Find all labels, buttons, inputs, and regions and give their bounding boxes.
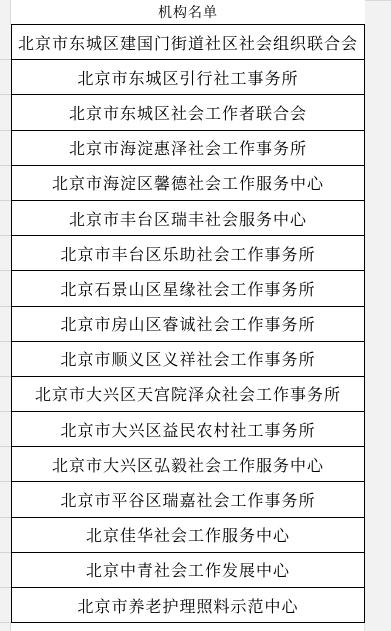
left-gutter — [0, 518, 11, 553]
org-name-text: 北京市海淀惠泽社会工作事务所 — [69, 136, 307, 159]
left-gutter — [0, 25, 11, 60]
table-row: 北京石景山区星缘社会工作事务所 — [0, 271, 391, 306]
right-gutter — [365, 377, 391, 412]
table-cell[interactable]: 北京市平谷区瑞嘉社会工作事务所 — [11, 482, 365, 517]
right-gutter — [365, 25, 391, 60]
table-body: 北京市东城区建国门街道社区社会组织联合会 北京市东城区引行社工事务所 北京市东城… — [0, 25, 391, 623]
table-cell[interactable]: 北京市大兴区弘毅社会工作服务中心 — [11, 447, 365, 482]
left-gutter — [0, 623, 11, 631]
org-name-text: 北京市养老护理照料示范中心 — [77, 594, 298, 617]
table-row: 北京市养老护理照料示范中心 — [0, 588, 391, 623]
org-name-text: 北京中青社会工作发展中心 — [86, 558, 290, 581]
table-title: 机构名单 — [158, 2, 218, 22]
org-name-text: 北京市丰台区乐助社会工作事务所 — [60, 242, 315, 265]
table-cell[interactable]: 北京市大兴区益民农村社工事务所 — [11, 412, 365, 447]
org-name-text: 北京市大兴区益民农村社工事务所 — [60, 418, 315, 441]
table-row: 北京市大兴区弘毅社会工作服务中心 — [0, 447, 391, 482]
left-gutter — [0, 482, 11, 517]
right-gutter — [365, 482, 391, 517]
empty-row[interactable] — [0, 623, 391, 631]
right-gutter — [365, 271, 391, 306]
right-gutter — [365, 518, 391, 553]
table-cell[interactable]: 北京市顺义区义祥社会工作事务所 — [11, 342, 365, 377]
org-name-text: 北京市房山区睿诚社会工作事务所 — [60, 312, 315, 335]
table-cell[interactable]: 北京市房山区睿诚社会工作事务所 — [11, 307, 365, 342]
table-cell[interactable]: 北京石景山区星缘社会工作事务所 — [11, 271, 365, 306]
table-cell[interactable]: 北京市东城区社会工作者联合会 — [11, 95, 365, 130]
table-header-row: 机构名单 — [0, 0, 391, 25]
right-gutter — [365, 0, 391, 25]
right-gutter — [365, 131, 391, 166]
table-row: 北京市东城区引行社工事务所 — [0, 60, 391, 95]
right-gutter — [365, 60, 391, 95]
table-cell[interactable]: 北京市海淀惠泽社会工作事务所 — [11, 131, 365, 166]
left-gutter — [0, 447, 11, 482]
right-gutter — [365, 623, 391, 631]
table-cell[interactable]: 北京市丰台区瑞丰社会服务中心 — [11, 201, 365, 236]
left-gutter — [0, 553, 11, 588]
left-gutter — [0, 131, 11, 166]
table-row: 北京市东城区社会工作者联合会 — [0, 95, 391, 130]
left-gutter — [0, 412, 11, 447]
table-header-cell[interactable]: 机构名单 — [11, 0, 365, 25]
table-cell[interactable]: 北京市海淀区馨德社会工作服务中心 — [11, 166, 365, 201]
table-row: 北京市海淀惠泽社会工作事务所 — [0, 131, 391, 166]
right-gutter — [365, 236, 391, 271]
right-gutter — [365, 553, 391, 588]
left-gutter — [0, 0, 11, 25]
table-row: 北京市顺义区义祥社会工作事务所 — [0, 342, 391, 377]
table-row: 北京市房山区睿诚社会工作事务所 — [0, 307, 391, 342]
left-gutter — [0, 342, 11, 377]
org-name-text: 北京石景山区星缘社会工作事务所 — [60, 277, 315, 300]
org-name-text: 北京市大兴区弘毅社会工作服务中心 — [52, 453, 324, 476]
org-name-text: 北京市东城区建国门街道社区社会组织联合会 — [18, 31, 358, 54]
table-cell[interactable]: 北京中青社会工作发展中心 — [11, 553, 365, 588]
left-gutter — [0, 60, 11, 95]
org-name-text: 北京市海淀区馨德社会工作服务中心 — [52, 171, 324, 194]
right-gutter — [365, 201, 391, 236]
left-gutter — [0, 271, 11, 306]
right-gutter — [365, 447, 391, 482]
left-gutter — [0, 95, 11, 130]
right-gutter — [365, 412, 391, 447]
org-name-text: 北京佳华社会工作服务中心 — [86, 523, 290, 546]
table-row: 北京市丰台区乐助社会工作事务所 — [0, 236, 391, 271]
table-row: 北京市丰台区瑞丰社会服务中心 — [0, 201, 391, 236]
spreadsheet-view: 机构名单 北京市东城区建国门街道社区社会组织联合会 北京市东城区引行社工事务所 … — [0, 0, 391, 631]
table-cell[interactable]: 北京市东城区建国门街道社区社会组织联合会 — [11, 25, 365, 60]
org-name-text: 北京市东城区社会工作者联合会 — [69, 101, 307, 124]
left-gutter — [0, 166, 11, 201]
table-cell[interactable]: 北京市丰台区乐助社会工作事务所 — [11, 236, 365, 271]
org-name-text: 北京市东城区引行社工事务所 — [77, 66, 298, 89]
table-cell[interactable]: 北京市养老护理照料示范中心 — [11, 588, 365, 623]
right-gutter — [365, 307, 391, 342]
table-row: 北京市大兴区天宫院泽众社会工作事务所 — [0, 377, 391, 412]
right-gutter — [365, 342, 391, 377]
table-cell[interactable]: 北京市东城区引行社工事务所 — [11, 60, 365, 95]
table-row: 北京中青社会工作发展中心 — [0, 553, 391, 588]
org-name-text: 北京市顺义区义祥社会工作事务所 — [60, 347, 315, 370]
right-gutter — [365, 95, 391, 130]
org-name-text: 北京市平谷区瑞嘉社会工作事务所 — [60, 488, 315, 511]
table-cell[interactable]: 北京市大兴区天宫院泽众社会工作事务所 — [11, 377, 365, 412]
table-row: 北京市大兴区益民农村社工事务所 — [0, 412, 391, 447]
table-row: 北京市东城区建国门街道社区社会组织联合会 — [0, 25, 391, 60]
left-gutter — [0, 307, 11, 342]
org-name-text: 北京市大兴区天宫院泽众社会工作事务所 — [35, 382, 341, 405]
right-gutter — [365, 166, 391, 201]
left-gutter — [0, 236, 11, 271]
empty-cell[interactable] — [11, 623, 365, 631]
left-gutter — [0, 201, 11, 236]
table-row: 北京佳华社会工作服务中心 — [0, 518, 391, 553]
right-gutter — [365, 588, 391, 623]
left-gutter — [0, 588, 11, 623]
table-cell[interactable]: 北京佳华社会工作服务中心 — [11, 518, 365, 553]
left-gutter — [0, 377, 11, 412]
org-name-text: 北京市丰台区瑞丰社会服务中心 — [69, 207, 307, 230]
table-row: 北京市平谷区瑞嘉社会工作事务所 — [0, 482, 391, 517]
table-row: 北京市海淀区馨德社会工作服务中心 — [0, 166, 391, 201]
